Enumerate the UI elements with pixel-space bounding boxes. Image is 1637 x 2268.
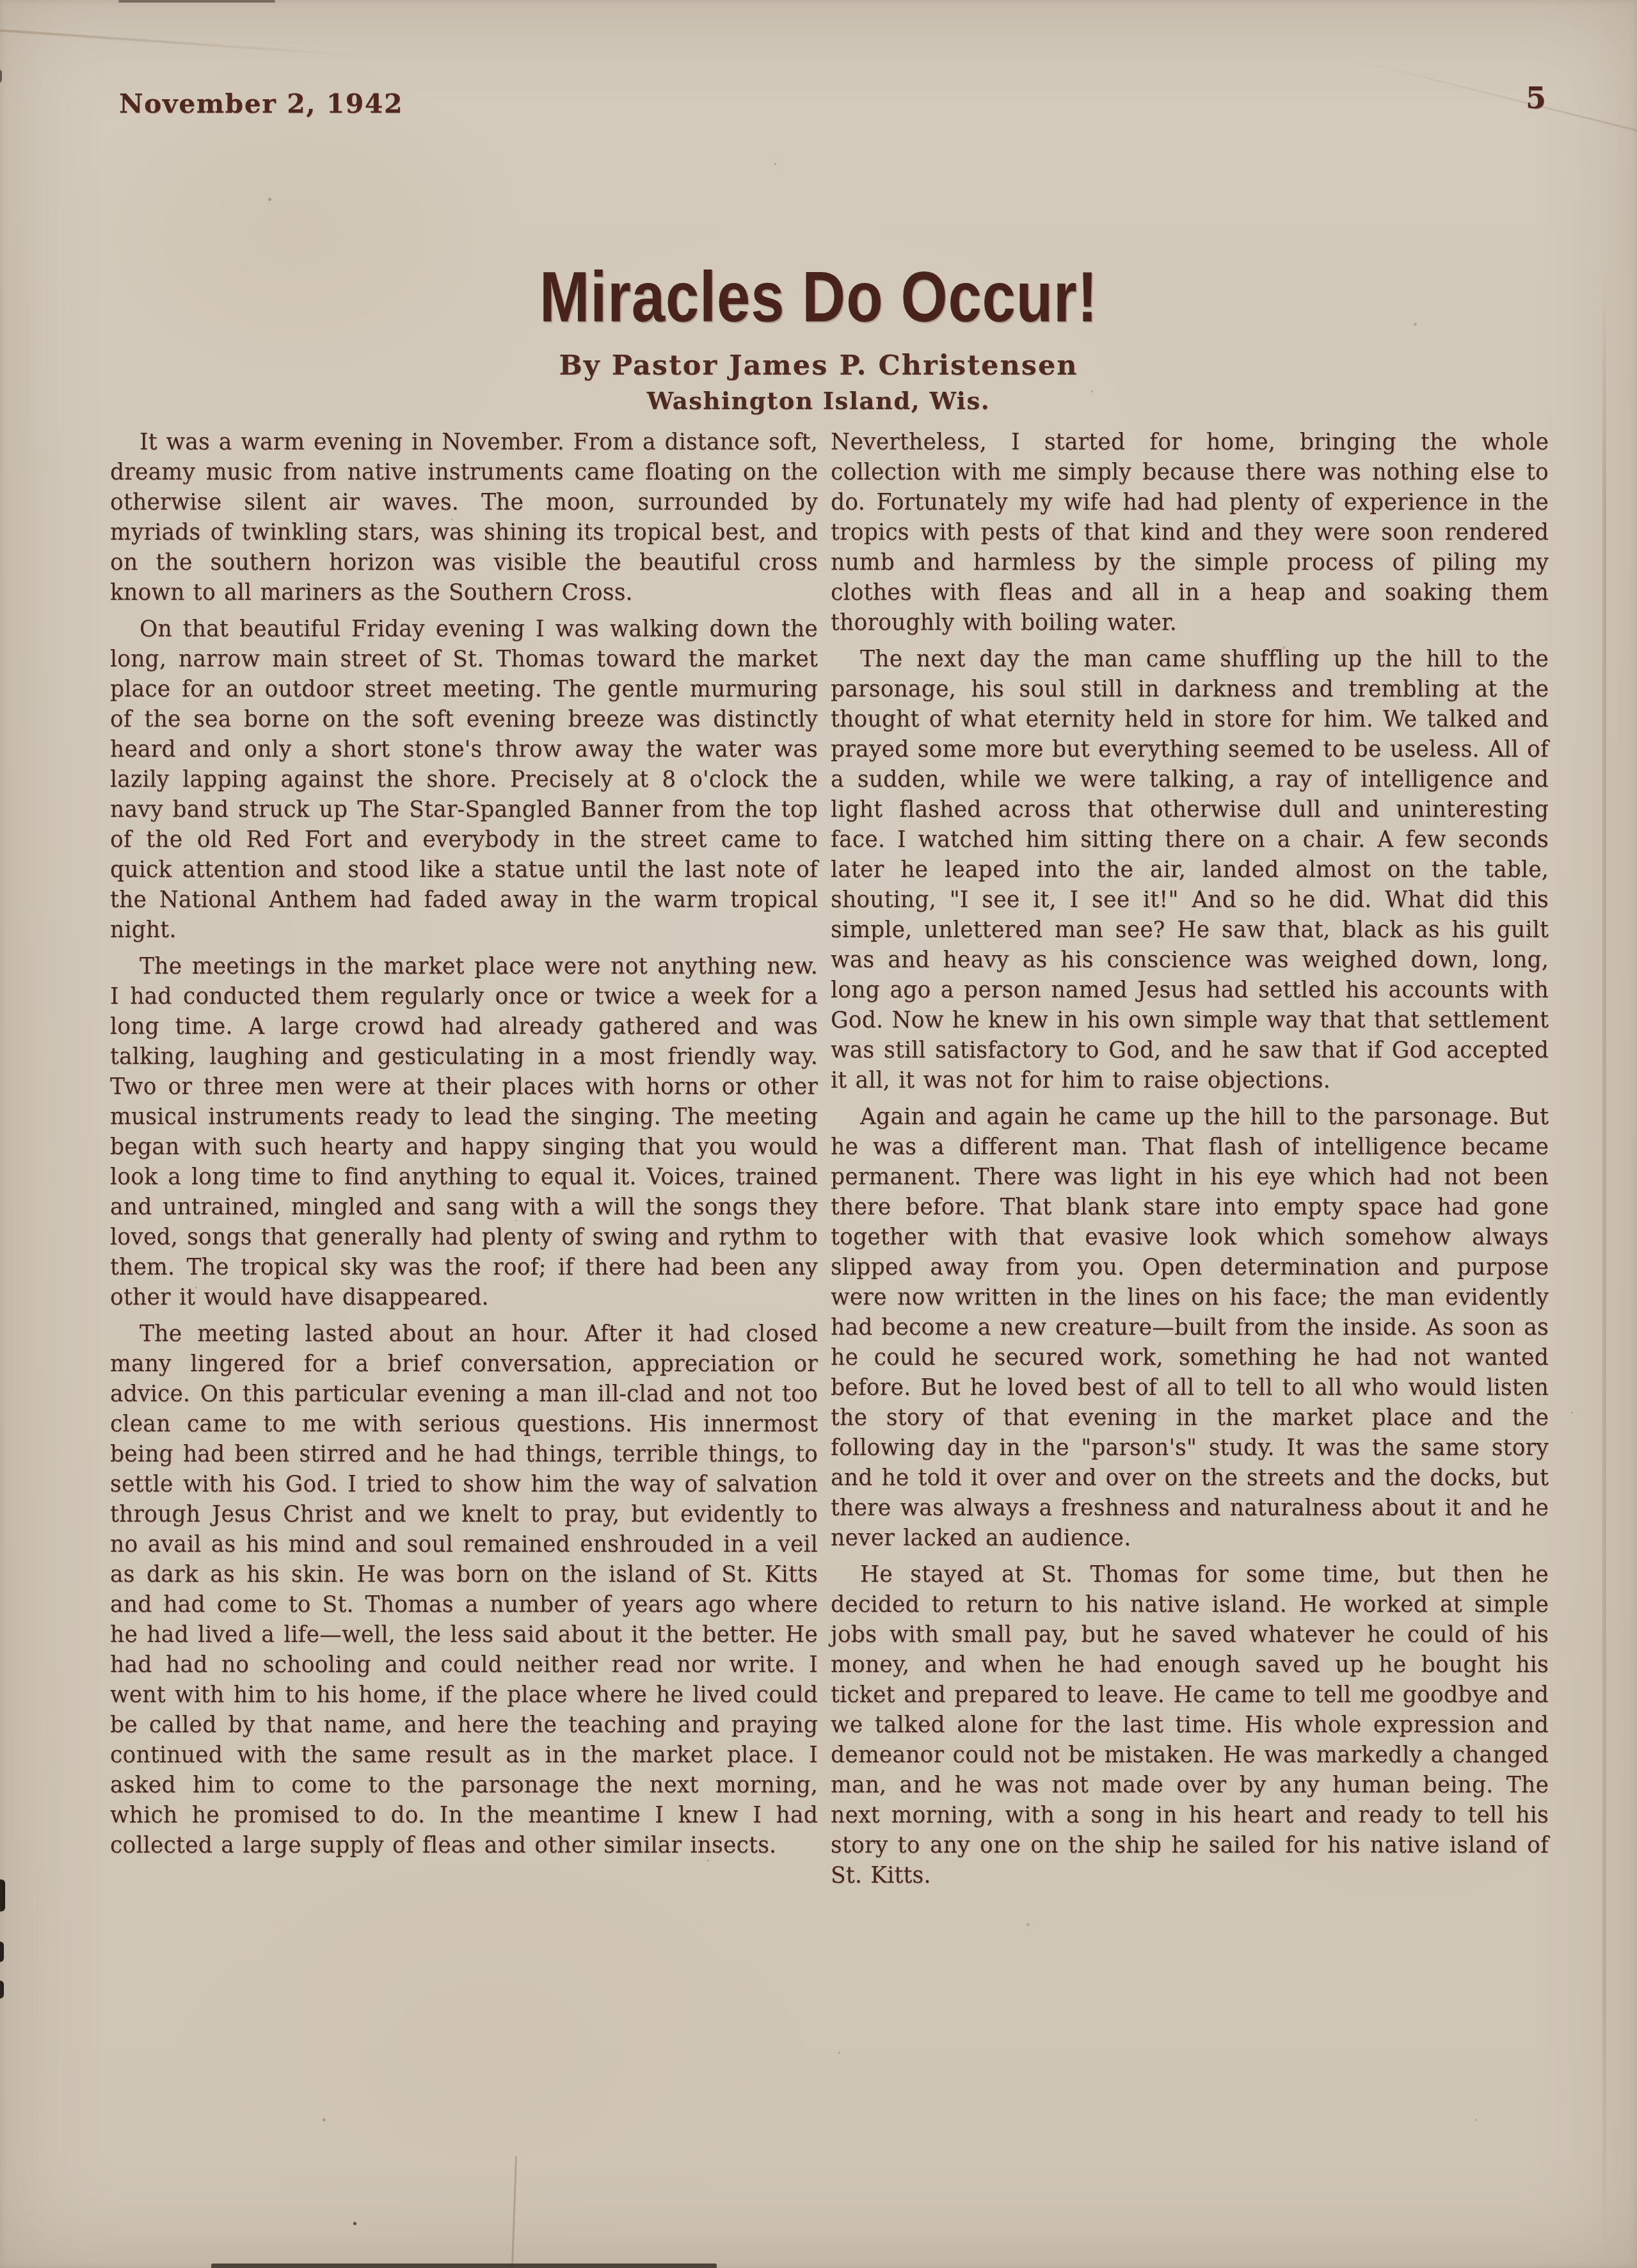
paper-crease-right [1602, 269, 1606, 2268]
article-location: Washington Island, Wis. [0, 387, 1637, 415]
scanned-page: November 2, 1942 5 Miracles Do Occur! By… [0, 0, 1637, 2268]
scan-edge-mark [0, 1981, 4, 1999]
paragraph-left-4: The meeting lasted about an hour. After … [110, 1319, 818, 1861]
paper-crease-bottom [511, 2156, 517, 2268]
paragraph-right-4: He stayed at St. Thomas for some time, b… [831, 1560, 1549, 1891]
column-left: It was a warm evening in November. From … [110, 428, 818, 1867]
issue-date: November 2, 1942 [119, 88, 403, 119]
paragraph-left-3: The meetings in the market place were no… [110, 952, 818, 1313]
paragraph-right-3: Again and again he came up the hill to t… [831, 1102, 1549, 1554]
scan-edge-mark [0, 1879, 5, 1911]
paragraph-left-2: On that beautiful Friday evening I was w… [110, 615, 818, 945]
scan-edge-mark [0, 69, 2, 83]
paragraph-right-2: The next day the man came shuffling up t… [831, 645, 1549, 1096]
scan-edge-mark [0, 1942, 4, 1962]
article-title: Miracles Do Occur! [539, 261, 1098, 333]
column-right: Nevertheless, I started for home, bringi… [831, 428, 1549, 1897]
paper-crease-top-left [0, 28, 355, 56]
paper-crease-top-right [1347, 58, 1637, 137]
scan-edge-mark-bottom [211, 2264, 717, 2268]
page-number: 5 [1526, 81, 1546, 115]
paper-speckles [0, 0, 2, 2]
scan-edge-mark-top [118, 0, 275, 3]
paragraph-left-1: It was a warm evening in November. From … [110, 428, 818, 608]
article-title-row: Miracles Do Occur! [0, 261, 1637, 333]
paragraph-right-1: Nevertheless, I started for home, bringi… [831, 428, 1549, 638]
article-byline: By Pastor James P. Christensen [0, 350, 1637, 382]
